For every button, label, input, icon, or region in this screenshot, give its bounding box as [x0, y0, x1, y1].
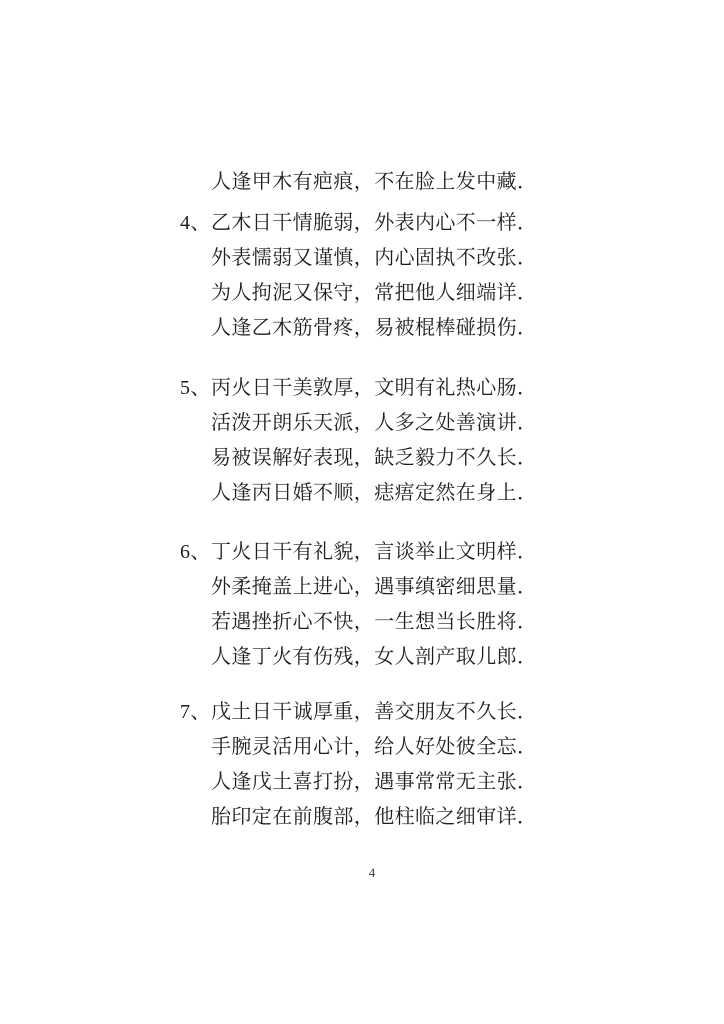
verse-text: 戊土日干诚厚重，善交朋友不久长．	[211, 701, 537, 723]
verse-line: 活泼开朗乐天派，人多之处善演讲．	[180, 406, 537, 441]
stanza-number: 5、	[180, 371, 211, 406]
verse-line: 人逢乙木筋骨疼，易被棍棒碰损伤．	[180, 311, 537, 346]
stanza-4: 4、乙木日干情脆弱，外表内心不一样． 外表懦弱又谨慎，内心固执不改张． 为人拘泥…	[180, 206, 537, 346]
verse-text: 乙木日干情脆弱，外表内心不一样．	[211, 212, 537, 234]
stanza-6: 6、丁火日干有礼貌，言谈举止文明样． 外柔掩盖上进心，遇事缜密细思量． 若遇挫折…	[180, 535, 537, 675]
verse-line: 人逢丙日婚不顺，痣痦定然在身上．	[180, 476, 537, 511]
stanza-number: 6、	[180, 535, 211, 570]
verse-line: 6、丁火日干有礼貌，言谈举止文明样．	[180, 535, 537, 570]
verse-line: 人逢丁火有伤残，女人剖产取儿郎．	[180, 640, 537, 675]
stanza-7: 7、戊土日干诚厚重，善交朋友不久长． 手腕灵活用心计，给人好处彼全忘． 人逢戊土…	[180, 695, 537, 835]
page-number: 4	[0, 864, 724, 882]
verse-line-continuation: 人逢甲木有疤痕，不在脸上发中藏．	[180, 165, 537, 200]
verse-line: 外柔掩盖上进心，遇事缜密细思量．	[180, 570, 537, 605]
verse-text: 丁火日干有礼貌，言谈举止文明样．	[211, 541, 537, 563]
verse-line: 若遇挫折心不快，一生想当长胜将．	[180, 605, 537, 640]
stanza-5: 5、丙火日干美敦厚，文明有礼热心肠． 活泼开朗乐天派，人多之处善演讲． 易被误解…	[180, 371, 537, 511]
verse-line: 人逢戊土喜打扮，遇事常常无主张．	[180, 765, 537, 800]
verse-line: 胎印定在前腹部，他柱临之细审详．	[180, 800, 537, 835]
verse-line: 7、戊土日干诚厚重，善交朋友不久长．	[180, 695, 537, 730]
stanza-number: 7、	[180, 695, 211, 730]
stanza-number: 4、	[180, 206, 211, 241]
verse-line: 4、乙木日干情脆弱，外表内心不一样．	[180, 206, 537, 241]
verse-text: 丙火日干美敦厚，文明有礼热心肠．	[211, 377, 537, 399]
verse-line: 易被误解好表现，缺乏毅力不久长．	[180, 441, 537, 476]
verse-line: 手腕灵活用心计，给人好处彼全忘．	[180, 730, 537, 765]
verse-line: 为人拘泥又保守，常把他人细端详．	[180, 276, 537, 311]
document-page: 人逢甲木有疤痕，不在脸上发中藏． 4、乙木日干情脆弱，外表内心不一样． 外表懦弱…	[0, 0, 724, 1024]
verse-line: 5、丙火日干美敦厚，文明有礼热心肠．	[180, 371, 537, 406]
verse-text-block: 人逢甲木有疤痕，不在脸上发中藏． 4、乙木日干情脆弱，外表内心不一样． 外表懦弱…	[180, 165, 537, 835]
verse-line: 外表懦弱又谨慎，内心固执不改张．	[180, 241, 537, 276]
